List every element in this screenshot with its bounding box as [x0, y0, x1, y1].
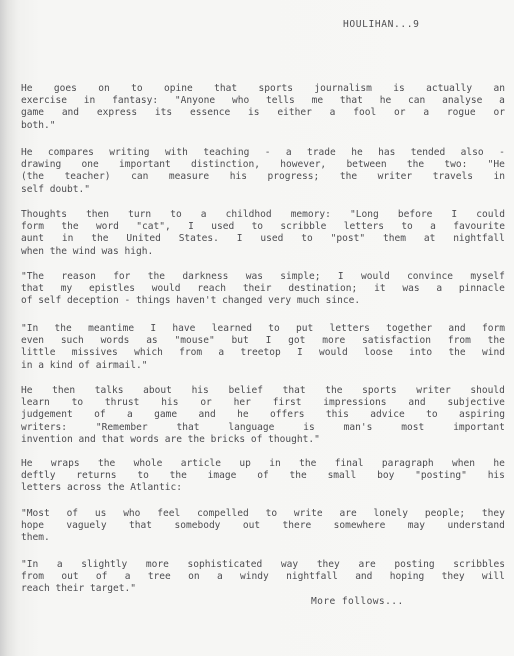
text-line: Hethentalksabouthisbeliefthatthesportswr… — [21, 385, 505, 397]
text-line: in a kind of airmail." — [21, 360, 505, 372]
paragraph: "Thereasonforthedarknesswassimple;Iwould… — [21, 271, 505, 308]
text-line: exerciseinfantasy:"Anyonewhotellsmethath… — [21, 95, 505, 107]
text-line: Thoughtsthenturntoachildhodmemory:"Longb… — [21, 209, 505, 221]
paragraph: Hewrapsthewholearticleupinthefinalparagr… — [21, 458, 505, 495]
text-line: fromoutofatreeonawindynightfallandhoping… — [21, 571, 505, 583]
more-follows-footer: More follows... — [311, 596, 404, 607]
text-line: both." — [21, 120, 505, 132]
text-line: gameandexpressitsessenceiseitherafoolora… — [21, 107, 505, 119]
paragraph: Hecompareswritingwithteaching-atradeheha… — [21, 147, 505, 196]
text-line: when the wind was high. — [21, 246, 505, 258]
text-line: letters across the Atlantic: — [21, 482, 505, 494]
text-line: evensuchwordsas"mouse"butIgotmoresatisfa… — [21, 335, 505, 347]
text-line: littlemissiveswhichfromatreetopIwouldloo… — [21, 347, 505, 359]
text-line: formtheword"cat",Iusedtoscribbleletterst… — [21, 221, 505, 233]
text-line: deftlyreturnstotheimageofthesmallboy"pos… — [21, 470, 505, 482]
typed-page: HOULIHAN...9 Hegoesontoopinethatsportsjo… — [0, 0, 514, 656]
text-line: them. — [21, 532, 505, 544]
text-line: "InthemeantimeIhavelearnedtoputlettersto… — [21, 323, 505, 335]
paragraph: "Inaslightlymoresophisticatedwaytheyarep… — [21, 559, 505, 596]
paragraph: "InthemeantimeIhavelearnedtoputlettersto… — [21, 323, 505, 372]
text-line: Hecompareswritingwithteaching-atradeheha… — [21, 147, 505, 159]
text-line: "Inaslightlymoresophisticatedwaytheyarep… — [21, 559, 505, 571]
text-line: judgementofagameandheoffersthisadvicetoa… — [21, 409, 505, 421]
text-line: hopevaguelythatsomebodyouttheresomewhere… — [21, 520, 505, 532]
text-line: self doubt." — [21, 184, 505, 196]
text-line: learntothrusthisorherfirstimpressionsand… — [21, 397, 505, 409]
text-line: auntintheUnitedStates.Iusedto"post"thema… — [21, 233, 505, 245]
text-line: Hewrapsthewholearticleupinthefinalparagr… — [21, 458, 505, 470]
paragraph: Hethentalksabouthisbeliefthatthesportswr… — [21, 385, 505, 446]
text-line: invention and that words are the bricks … — [21, 434, 505, 446]
text-line: reach their target." — [21, 583, 505, 595]
text-line: of self deception - things haven't chang… — [21, 295, 505, 307]
text-line: Hegoesontoopinethatsportsjournalismisact… — [21, 83, 505, 95]
text-line: drawingoneimportantdistinction,however,b… — [21, 159, 505, 171]
text-line: writers:"Rememberthatlanguageisman'smost… — [21, 422, 505, 434]
paragraph: "Mostofuswhofeelcompelledtowritearelonel… — [21, 508, 505, 545]
paragraph: Thoughtsthenturntoachildhodmemory:"Longb… — [21, 209, 505, 258]
text-line: "Mostofuswhofeelcompelledtowritearelonel… — [21, 508, 505, 520]
text-line: (theteacher)canmeasurehisprogress;thewri… — [21, 171, 505, 183]
text-line: thatmyepistleswouldreachtheirdestination… — [21, 283, 505, 295]
text-line: "Thereasonforthedarknesswassimple;Iwould… — [21, 271, 505, 283]
paragraph: Hegoesontoopinethatsportsjournalismisact… — [21, 83, 505, 132]
page-header: HOULIHAN...9 — [343, 19, 420, 30]
